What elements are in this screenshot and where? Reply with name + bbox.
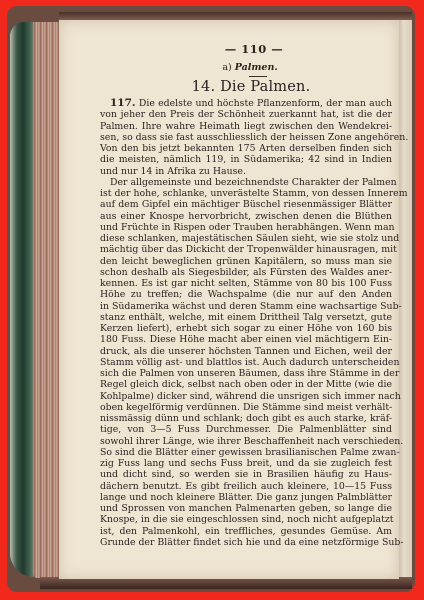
text-line: Grunde der Blätter findet sich hie und d… xyxy=(100,537,392,548)
text-line: lange und noch kleinere Blätter. Die gan… xyxy=(100,492,392,503)
text-line: schon deshalb als Siegesbilder, als Fürs… xyxy=(100,267,392,278)
text-line: ist der hohe, schlanke, unverästelte Sta… xyxy=(100,188,392,199)
text-line: druck, als die unserer höchsten Tannen u… xyxy=(100,346,392,357)
text-line: Regel gleich dick, selbst nach oben oder… xyxy=(100,379,392,390)
text-line: diese schlanken, majestätischen Säulen s… xyxy=(100,233,392,244)
text-line: von jeher den Preis der Schönheit zuerka… xyxy=(100,109,392,120)
text-line: und nur 14 in Afrika zu Hause. xyxy=(100,166,392,177)
text-line: die meisten, nämlich 119, in Südamerika;… xyxy=(100,154,392,165)
text-line: kennen. Es ist gar nicht selten, Stämme … xyxy=(100,278,392,289)
text-line: nissmässig dünn und schlank; doch gibt e… xyxy=(100,413,392,424)
text-line: oben kegelförmig verdünnen. Die Stämme s… xyxy=(100,402,392,413)
text-line: Höhe zu treffen; die Wachspalme (die nur… xyxy=(100,289,392,300)
text-line: sowohl ihrer Länge, wie ihrer Beschaffen… xyxy=(100,436,392,447)
text-line: zig Fuss lang und sechs Fuss breit, und … xyxy=(100,458,392,469)
text-line: sen, so dass sie fast ausschliesslich de… xyxy=(100,132,392,143)
text-line: Von den bis jetzt bekannten 175 Arten de… xyxy=(100,143,392,154)
text-line: mächtig über das Dickicht der Tropenwäld… xyxy=(100,244,392,255)
page-content: — 110 — a) Palmen. 14. Die Palmen. 117. … xyxy=(100,40,392,548)
page-number: — 110 — xyxy=(116,40,392,58)
text-line: 180 Fuss. Diese Höhe macht aber einen vi… xyxy=(100,334,392,345)
next-page-edge xyxy=(398,20,412,579)
text-line: Stamm völlig ast- und blattlos ist. Auch… xyxy=(100,357,392,368)
text-line: in Südamerika wächst und deren Stamm ein… xyxy=(100,301,392,312)
text-line: Der allgemeinste und bezeichnendste Char… xyxy=(100,177,392,188)
page-stack-edges xyxy=(33,22,60,578)
body-text: 117. Die edelste und höchste Pflanzenfor… xyxy=(100,98,392,548)
section-label-letter: a) xyxy=(222,62,231,73)
text-line: den leicht beweglichen grünen Kapitälern… xyxy=(100,256,392,267)
text-line: tige, von 3—5 Fuss Durchmesser. Die Palm… xyxy=(100,424,392,435)
text-line: ist, den Palmenkohl, ein treffliches, ge… xyxy=(100,526,392,537)
text-line: So sind die Blätter einer gewissen brasi… xyxy=(100,447,392,458)
text-line: dächern benutzt. Es gibt freilich auch k… xyxy=(100,481,392,492)
text-line: Palmen. Ihre wahre Heimath liegt zwische… xyxy=(100,121,392,132)
text-line: Kerzen liefert), erhebt sich sogar zu ei… xyxy=(100,323,392,334)
text-line: Kohlpalme) dicker sind, während die unsr… xyxy=(100,391,392,402)
heading-rule xyxy=(249,76,267,77)
section-label: a) Palmen. xyxy=(108,61,392,74)
paragraph-number: 117. xyxy=(110,97,136,109)
section-label-title: Palmen. xyxy=(235,62,278,73)
text-line: und Sprossen von manchen Palmenarten geb… xyxy=(100,503,392,514)
chapter-title: 14. Die Palmen. xyxy=(110,78,392,96)
text-line: und dicht sind, so werden sie in Brasili… xyxy=(100,469,392,480)
text-line: und Früchte in Rispen oder Trauben herab… xyxy=(100,222,392,233)
text-line: auf dem Gipfel ein mächtiger Büschel rie… xyxy=(100,199,392,210)
text-line: Knospe, in die sie eingeschlossen sind, … xyxy=(100,514,392,525)
text-line: stanz enthält, welche, mit einem Dritthe… xyxy=(100,312,392,323)
text-line: 117. Die edelste und höchste Pflanzenfor… xyxy=(100,98,392,109)
text-line: aus einer Knospe hervorbricht, zwischen … xyxy=(100,211,392,222)
text-line: sich die Palmen von unseren Bäumen, dass… xyxy=(100,368,392,379)
